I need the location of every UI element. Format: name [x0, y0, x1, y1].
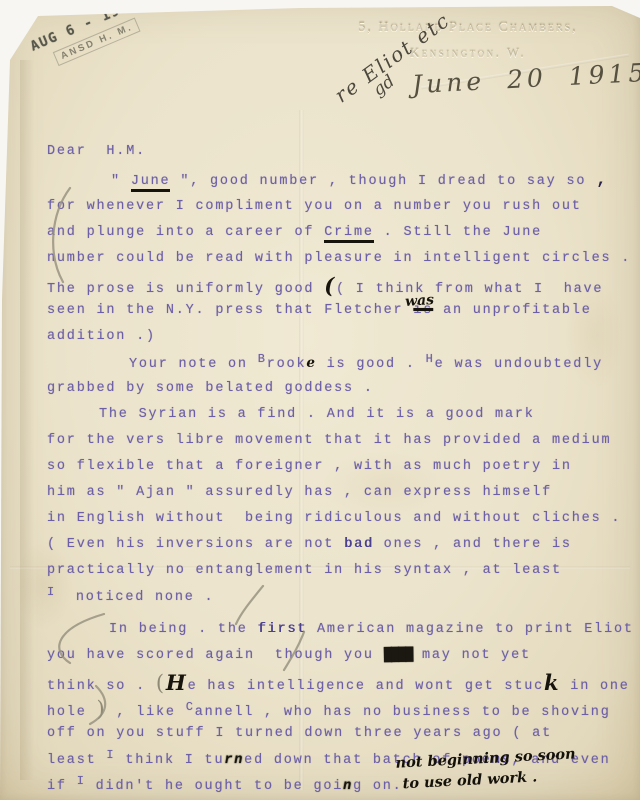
text-segment: ", good number , though I dread to say s…: [170, 174, 596, 189]
text-segment: him as " Ajan " assuredly has , can expr…: [47, 485, 552, 500]
typed-line: practically no entanglement in his synta…: [47, 558, 622, 584]
text-segment: Crime: [324, 225, 374, 243]
text-segment: for the vers libre movement that it has …: [47, 433, 611, 448]
text-segment: in one: [560, 679, 629, 694]
text-segment: think I tu: [115, 753, 224, 768]
text-segment: seen in the N.Y. press that Fletcher: [47, 303, 413, 318]
text-segment: in English without being ridiculous and …: [47, 511, 621, 526]
text-segment: noticed none .: [56, 590, 214, 605]
typed-line: addition .): [47, 324, 622, 350]
text-segment: B: [258, 352, 267, 366]
text-segment: ████: [383, 643, 412, 669]
received-stamp: AUG 6 - 1915 ANSD H. M.: [28, 0, 148, 73]
text-segment: I: [47, 585, 56, 599]
text-segment: you have scored again though you: [47, 648, 384, 663]
text-segment: rn: [224, 753, 244, 768]
text-segment: an unprofitable: [433, 303, 591, 318]
text-segment: C: [186, 700, 195, 714]
text-segment: least: [47, 753, 106, 768]
letterhead-address-line1: 5, Holland Place Chambers,: [318, 20, 618, 36]
text-segment: e: [306, 355, 316, 371]
text-segment: The Syrian is a find . And it is a good …: [99, 407, 535, 422]
text-segment: . Still the June: [374, 225, 542, 240]
handwritten-date: June 20 1915: [411, 58, 640, 99]
text-segment: ( I think from what I have: [336, 282, 603, 297]
letter-body: Dear H.M." June ", good number , though …: [47, 139, 622, 799]
text-segment: ones , and there is: [374, 537, 572, 552]
letter-scan-page: { "document": { "type": "typewritten-let…: [0, 0, 640, 800]
text-segment: rook: [267, 357, 307, 372]
letterhead-address-line2: Kensington. W.: [318, 45, 618, 61]
text-segment: e was undoubtedly: [435, 357, 603, 372]
text-segment: I: [77, 774, 86, 788]
typed-line: you have scored again though you ████ ma…: [47, 643, 622, 669]
text-segment: (: [324, 273, 336, 298]
handwritten-correction: was: [404, 287, 435, 315]
paper-crease: [20, 60, 34, 780]
text-segment: The prose is uniformly good: [47, 282, 324, 297]
text-segment: American magazine to print Eliot: [307, 622, 634, 637]
text-segment: so flexible that a foreigner , with as m…: [47, 459, 572, 474]
text-segment: ( Even his inversions are not: [47, 537, 344, 552]
text-segment: grabbed by some belated goddess .: [47, 381, 374, 396]
text-segment: may not yet: [412, 648, 531, 663]
text-segment: off on you stuff I turned down three yea…: [47, 726, 552, 741]
typed-line: seen in the N.Y. press that Fletcher isw…: [47, 298, 622, 324]
text-segment: k: [544, 670, 560, 695]
typed-line: In being . the first American magazine t…: [47, 617, 622, 643]
text-segment: g on.: [353, 779, 403, 794]
typed-line: think so . (He has intelligence and wont…: [47, 669, 622, 695]
text-segment: practically no entanglement in his synta…: [47, 563, 562, 578]
text-segment: addition .): [47, 329, 156, 344]
typed-line: and plunge into a career of Crime . Stil…: [47, 220, 622, 246]
text-segment: , like: [107, 705, 186, 720]
letter-paper: AUG 6 - 1915 ANSD H. M. 5, Holland Place…: [0, 0, 640, 800]
text-segment: Your note on: [129, 357, 258, 372]
typed-line: hole ) , like Cannell , who has no busin…: [47, 695, 622, 721]
typed-line: The Syrian is a find . And it is a good …: [47, 402, 622, 428]
text-segment: ): [97, 697, 107, 721]
typed-line: for whenever I compliment you on a numbe…: [47, 194, 622, 220]
text-segment: bad: [344, 537, 374, 552]
text-segment: ,: [596, 171, 608, 190]
typed-line: number could be read with pleasure in in…: [47, 246, 622, 272]
text-segment: H: [166, 670, 188, 695]
typed-line: off on you stuff I turned down three yea…: [47, 721, 622, 747]
text-segment: number could be read with pleasure in in…: [47, 251, 631, 266]
text-segment: I: [106, 748, 115, 762]
text-segment: is good .: [317, 357, 426, 372]
text-segment: n: [343, 779, 353, 794]
text-segment: In being . the: [109, 622, 258, 637]
text-segment: and plunge into a career of: [47, 225, 324, 240]
text-segment: for whenever I compliment you on a numbe…: [47, 199, 582, 214]
typed-line: Your note on Brooke is good . He was und…: [47, 350, 622, 376]
text-segment: e has intelligence and wont get stuc: [188, 679, 544, 694]
typed-line: The prose is uniformly good (( I think f…: [47, 272, 622, 298]
text-segment: hole: [47, 705, 97, 720]
text-segment: (: [156, 671, 166, 695]
typed-line: for the vers libre movement that it has …: [47, 428, 622, 454]
typed-line: in English without being ridiculous and …: [47, 506, 622, 532]
corrected-segment: iswas: [413, 303, 433, 318]
typed-line: I noticed none .: [47, 584, 622, 610]
typed-line: Dear H.M.: [47, 139, 622, 165]
typed-line: grabbed by some belated goddess .: [47, 376, 622, 402]
typed-line: so flexible that a foreigner , with as m…: [47, 454, 622, 480]
text-segment: didn't he ought to be goi: [86, 779, 343, 794]
typed-line: him as " Ajan " assuredly has , can expr…: [47, 480, 622, 506]
text-segment: Dear H.M.: [47, 144, 146, 159]
text-segment: H: [426, 352, 435, 366]
text-segment: ": [111, 174, 131, 189]
text-segment: if: [47, 779, 77, 794]
typed-line: " June ", good number , though I dread t…: [47, 168, 622, 194]
text-segment: first: [258, 622, 308, 637]
text-segment: think so .: [47, 679, 156, 694]
typed-line: ( Even his inversions are not bad ones ,…: [47, 532, 622, 558]
text-segment: annell , who has no business to be shovi…: [195, 705, 611, 720]
text-segment: June: [131, 174, 171, 192]
embossed-letterhead: 5, Holland Place Chambers, Kensington. W…: [318, 20, 618, 61]
